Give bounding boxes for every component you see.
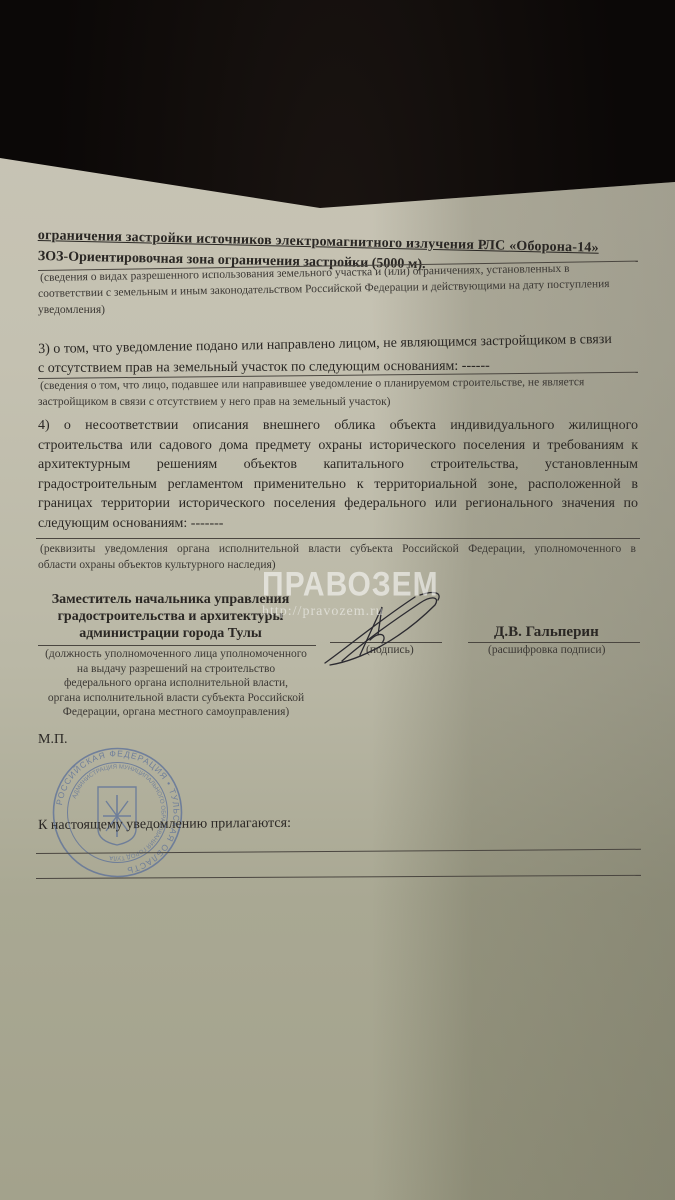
section-4-hint-1: (реквизиты уведомления органа исполнител… <box>40 543 636 555</box>
document-page: ограничения застройки источников электро… <box>0 0 675 1200</box>
position-hint-line: на выдачу разрешений на строительство <box>36 662 316 677</box>
section-3-hint-1: (сведения о том, что лицо, подавшее или … <box>40 376 584 392</box>
position-hint-line: Федерации, органа местного самоуправлени… <box>36 705 316 720</box>
position-hint-line: (должность уполномоченного лица уполномо… <box>36 647 316 662</box>
restriction-hint-3: уведомления) <box>38 304 105 316</box>
section-4-hint-2: области охраны объектов культурного насл… <box>38 559 276 571</box>
name-hint: (расшифровка подписи) <box>488 644 605 656</box>
watermark-title: ПРАВОЗЕМ <box>262 565 439 604</box>
position-hint-line: федерального органа исполнительной власт… <box>36 676 316 691</box>
position-line: администрации города Тулы <box>38 625 303 642</box>
attachments-label: К настоящему уведомлению прилагаются: <box>38 816 291 834</box>
official-stamp: РОССИЙСКАЯ ФЕДЕРАЦИЯ • ТУЛЬСКАЯ ОБЛАСТЬ … <box>50 745 185 880</box>
section-4-line: границах территории исторического поселе… <box>38 494 638 514</box>
section-4-line: строительства или садового дома предмету… <box>38 436 638 456</box>
section-4-line: градостроительным регламентом применител… <box>38 475 638 495</box>
section-4-line: архитектурным решениям объектов капиталь… <box>38 455 638 475</box>
position-hint: (должность уполномоченного лица уполномо… <box>36 647 316 720</box>
section-4-line: следующим основаниям: ------- <box>38 514 638 534</box>
section-3-hint-2: застройщиком в связи с отсутствием у нег… <box>38 396 391 408</box>
divider <box>36 538 640 539</box>
watermark-url: http://pravozem.ru <box>262 604 384 620</box>
position-hint-line: органа исполнительной власти субъекта Ро… <box>36 691 316 706</box>
signer-name: Д.В. Гальперин <box>494 624 599 641</box>
svg-text:АДМИНИСТРАЦИЯ МУНИЦИПАЛЬНОГО О: АДМИНИСТРАЦИЯ МУНИЦИПАЛЬНОГО ОБРАЗОВАНИЯ… <box>72 764 166 860</box>
name-underline <box>468 642 640 643</box>
section-4-line: 4) о несоответствии описания внешнего об… <box>38 416 638 436</box>
section-4-paragraph: 4) о несоответствии описания внешнего об… <box>38 416 638 533</box>
section-3-line-1: 3) о том, что уведомление подано или нап… <box>38 332 612 358</box>
position-underline <box>38 645 316 646</box>
